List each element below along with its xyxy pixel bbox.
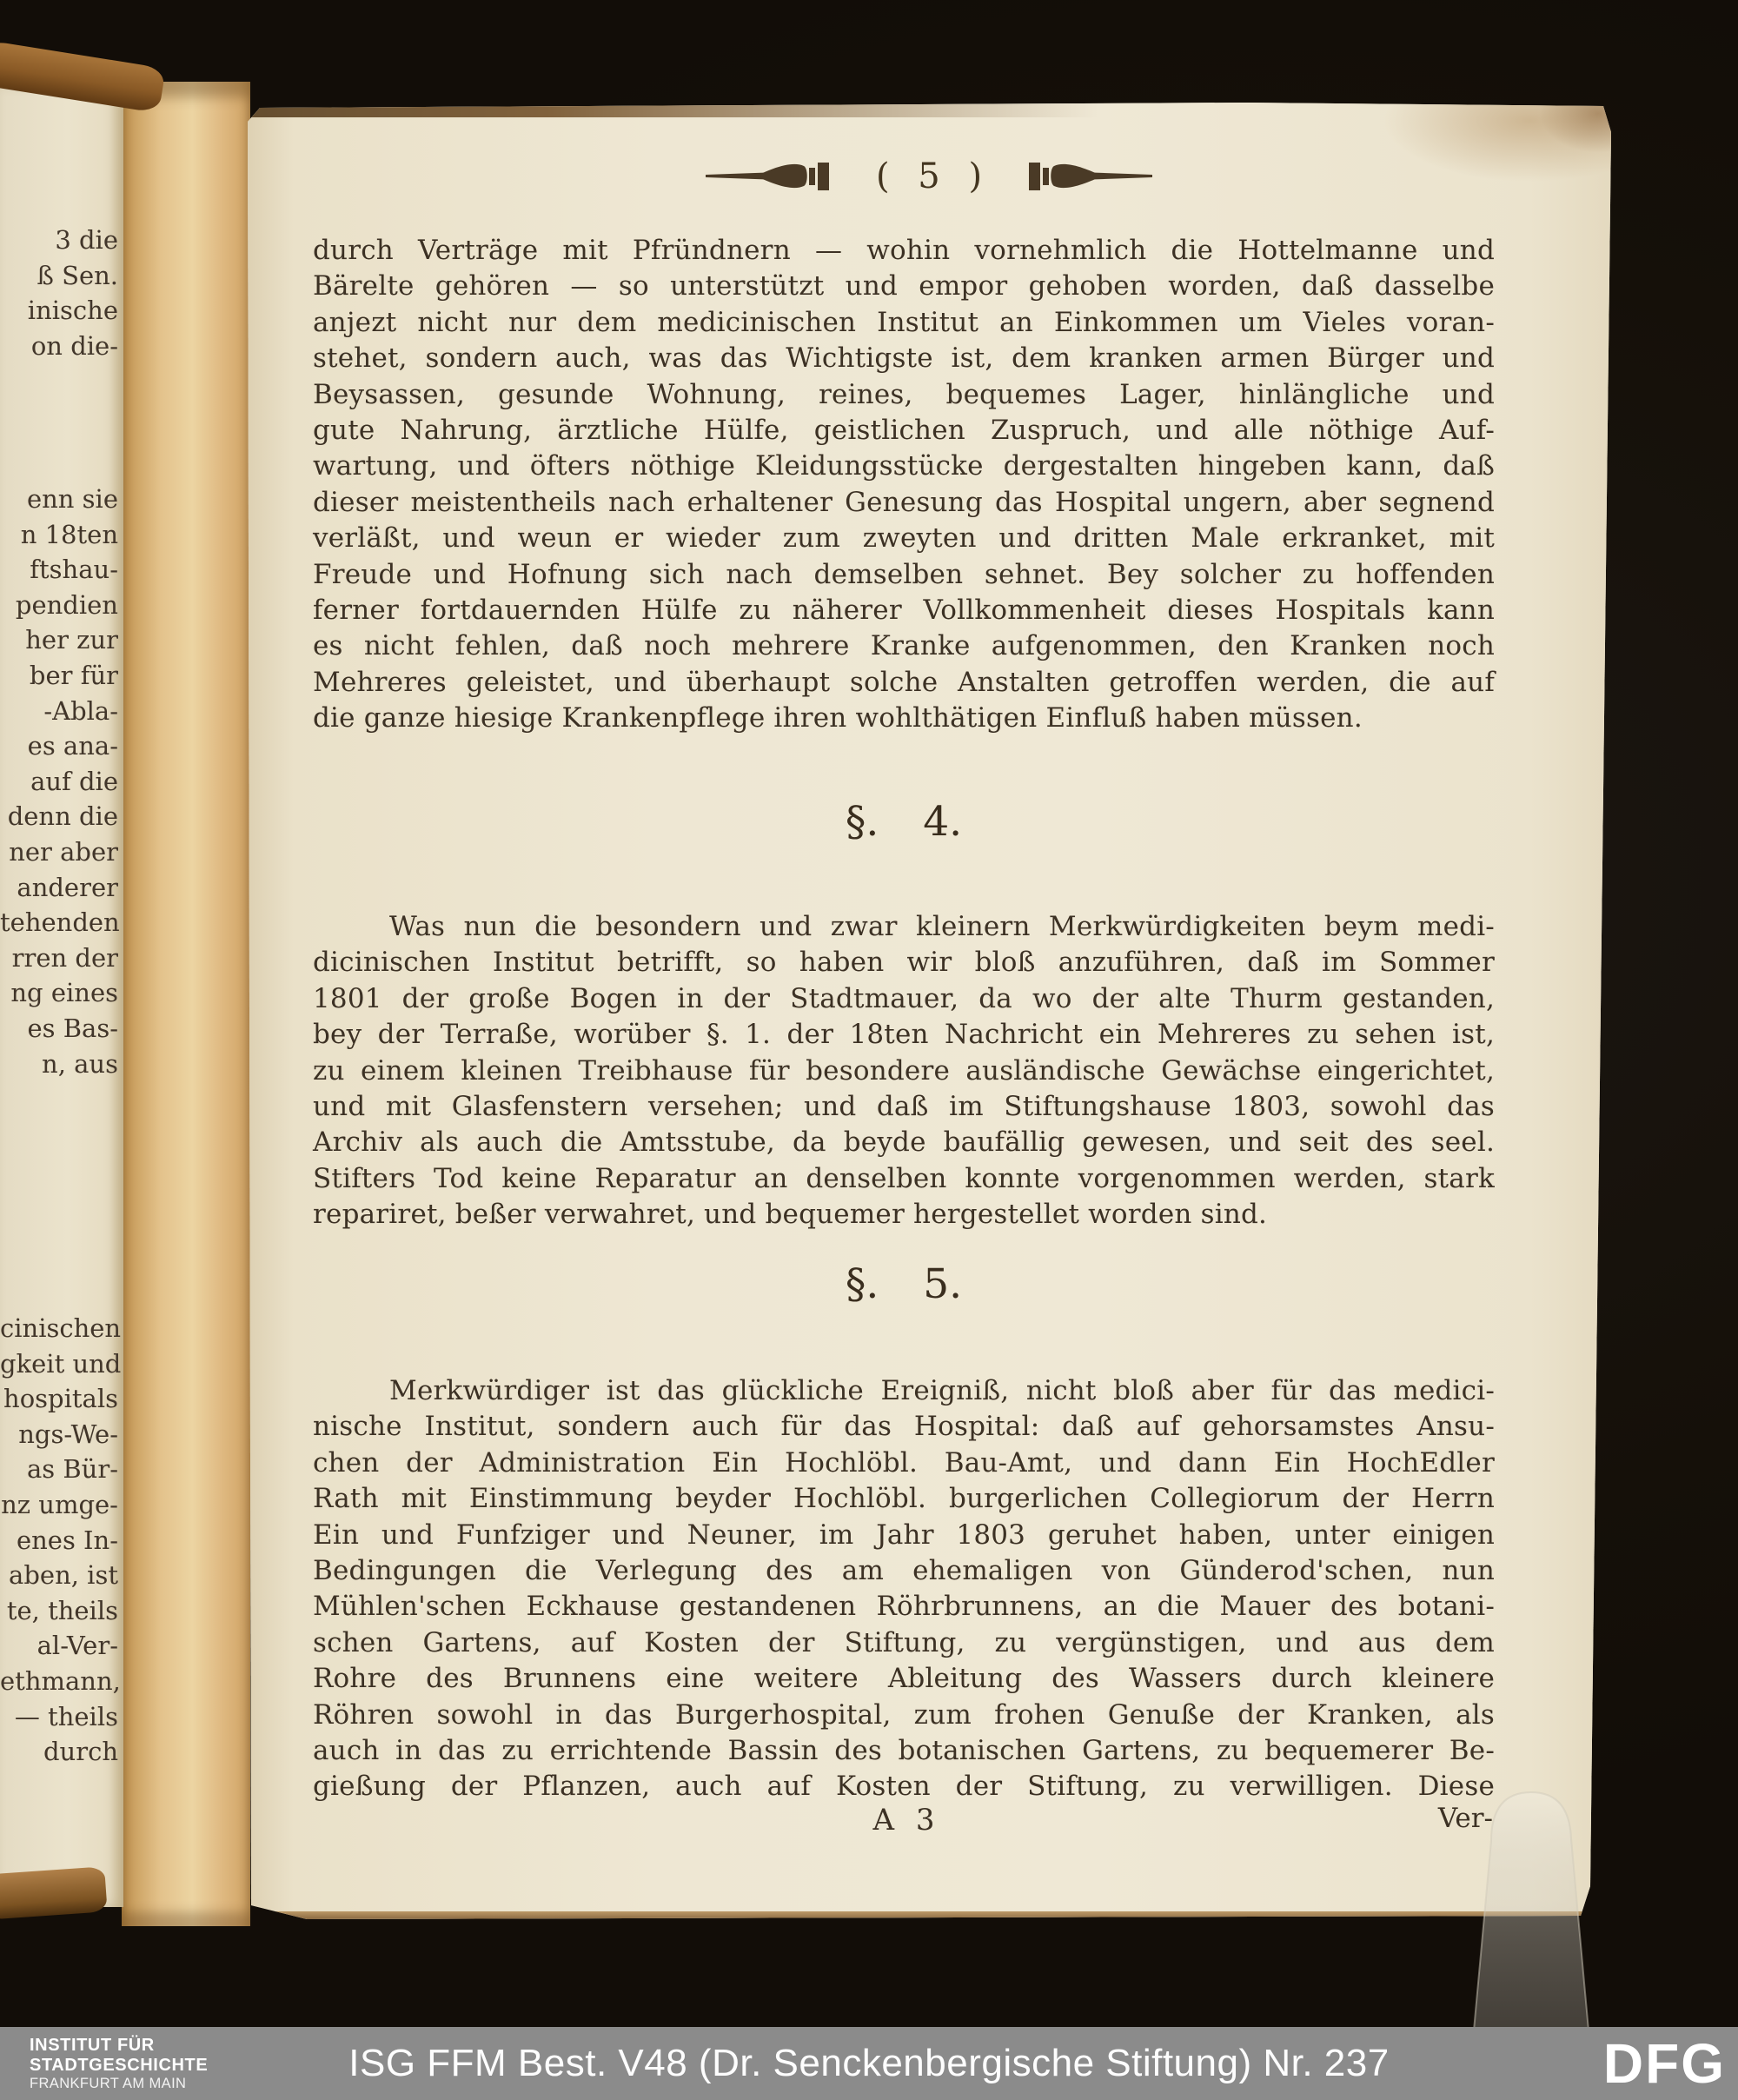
text-line: Rohre des Brunnens eine weitere Ableitun…: [313, 1661, 1495, 1697]
text-line: zu einem kleinen Treibhause für besonder…: [313, 1053, 1495, 1089]
fragment-line: her zur: [0, 622, 118, 658]
text-line: und mit Glasfenstern versehen; und daß i…: [313, 1089, 1495, 1125]
fragment-line: 3 die: [0, 223, 118, 258]
text-line: schen Gartens, auf Kosten der Stiftung, …: [313, 1625, 1495, 1661]
fragment-line: ner aber: [0, 834, 118, 870]
fragment-line: ethmann,: [0, 1664, 118, 1699]
fragment-line: n 18ten: [0, 517, 118, 553]
fragment-line: ng eines: [0, 975, 118, 1011]
fragment-line: al-Ver-: [0, 1628, 118, 1664]
signature-mark: A 3: [313, 1803, 1495, 1837]
fragment-line: auf die: [0, 764, 118, 800]
left-page-text-fragments-top: 3 die ß Sen. inische on die-: [0, 223, 118, 363]
footer-bar: INSTITUT FÜR STADTGESCHICHTE FRANKFURT A…: [0, 2027, 1738, 2100]
text-line: durch Verträge mit Pfründnern — wohin vo…: [313, 233, 1495, 269]
fragment-line: ngs-We-: [0, 1417, 118, 1452]
section-4-heading: §. 4.: [313, 798, 1495, 846]
plastic-page-holder: [1463, 1785, 1599, 2030]
page-number: ( 5 ): [862, 156, 996, 196]
fragment-line: inische: [0, 293, 118, 329]
fragment-line: on die-: [0, 329, 118, 364]
left-page-sliver: 3 die ß Sen. inische on die- enn sie n 1…: [0, 83, 123, 1907]
leather-cover-edge-bottom: [0, 1866, 108, 1920]
book-gutter: [122, 82, 250, 1926]
text-line: dicinischen Institut betrifft, so haben …: [313, 945, 1495, 980]
running-head: ( 5 ): [246, 156, 1612, 196]
text-line: auch in das zu errichtende Bassin des bo…: [313, 1733, 1495, 1769]
text-line: Bedingungen die Verlegung des am ehemali…: [313, 1553, 1495, 1589]
fragment-line: enes In-: [0, 1523, 118, 1558]
text-line: stehet, sondern auch, was das Wichtigste…: [313, 341, 1495, 376]
text-line: 1801 der große Bogen in der Stadtmauer, …: [313, 981, 1495, 1017]
text-line: Archiv als auch die Amtsstube, da beyde …: [313, 1125, 1495, 1160]
fragment-line: nz umge-: [0, 1487, 118, 1523]
fragment-line: tehenden: [0, 905, 118, 940]
fragment-line: hospitals: [0, 1381, 118, 1417]
text-line: anjezt nicht nur dem medicinischen Insti…: [313, 305, 1495, 341]
text-line: nische Institut, sondern auch für das Ho…: [313, 1409, 1495, 1445]
fragment-line: ber für: [0, 658, 118, 694]
fragment-line: rren der: [0, 940, 118, 976]
fleuron-left-icon: [706, 157, 853, 196]
text-line: Merkwürdiger ist das glückliche Ereigniß…: [313, 1373, 1495, 1409]
text-line: Röhren sowohl in das Burgerhospital, zum…: [313, 1698, 1495, 1733]
text-line: Freude und Hofnung sich nach demselben s…: [313, 557, 1495, 593]
text-line: Beysassen, gesunde Wohnung, reines, bequ…: [313, 377, 1495, 413]
paragraph-continuation: durch Verträge mit Pfründnern — wohin vo…: [313, 233, 1495, 737]
fragment-line: ftshau-: [0, 552, 118, 588]
fragment-line: n, aus: [0, 1047, 118, 1082]
section-5-paragraph: Merkwürdiger ist das glückliche Ereigniß…: [313, 1373, 1495, 1805]
fragment-line: -Abla-: [0, 694, 118, 729]
text-line: chen der Administration Ein Hochlöbl. Ba…: [313, 1445, 1495, 1481]
fragment-line: gkeit und: [0, 1346, 118, 1382]
fragment-line: denn die: [0, 799, 118, 834]
fragment-line: as Bür-: [0, 1452, 118, 1487]
fragment-line: ß Sen.: [0, 258, 118, 294]
text-line: wartung, und öfters nöthige Kleidungsstü…: [313, 449, 1495, 484]
text-line: Was nun die besondern und zwar kleinern …: [313, 909, 1495, 945]
text-line: gießung der Pflanzen, auch auf Kosten de…: [313, 1769, 1495, 1804]
fragment-line: cinischen: [0, 1311, 118, 1346]
fragment-line: te, theils: [0, 1593, 118, 1629]
fragment-line: es Bas-: [0, 1011, 118, 1047]
text-line: gute Nahrung, ärztliche Hülfe, geistlich…: [313, 413, 1495, 449]
text-line: Mehreres geleistet, und überhaupt solche…: [313, 665, 1495, 701]
fragment-line: aben, ist: [0, 1558, 118, 1593]
text-line: repariret, beßer verwahret, und bequemer…: [313, 1197, 1495, 1233]
text-line: Mühlen'schen Eckhause gestandenen Röhrbr…: [313, 1589, 1495, 1625]
fragment-line: es ana-: [0, 728, 118, 764]
text-line: bey der Terraße, worüber §. 1. der 18ten…: [313, 1017, 1495, 1053]
fragment-line: enn sie: [0, 482, 118, 517]
dfg-logo: DFG: [1603, 2031, 1726, 2096]
fragment-line: anderer: [0, 870, 118, 906]
text-line: Rath mit Einstimmung beyder Hochlöbl. bu…: [313, 1481, 1495, 1517]
signature-row: A 3 Ver-: [313, 1803, 1495, 1848]
fragment-line: pendien: [0, 588, 118, 623]
section-5-heading: §. 5.: [313, 1260, 1495, 1308]
text-line: die ganze hiesige Krankenpflege ihren wo…: [313, 701, 1495, 736]
left-page-text-fragments-bottom: cinischen gkeit und hospitals ngs-We- as…: [0, 1311, 118, 1770]
text-line: Stifters Tod keine Reparatur an denselbe…: [313, 1161, 1495, 1197]
main-page: ( 5 ) durch Verträge mit Pfründnern — wo…: [246, 103, 1612, 1921]
book-scan-stage: 3 die ß Sen. inische on die- enn sie n 1…: [0, 0, 1738, 2100]
section-4-paragraph: Was nun die besondern und zwar kleinern …: [313, 909, 1495, 1233]
left-page-text-fragments-middle: enn sie n 18ten ftshau- pendien her zur …: [0, 482, 118, 1081]
fleuron-right-icon: [1005, 157, 1152, 196]
text-line: es nicht fehlen, daß noch mehrere Kranke…: [313, 628, 1495, 664]
fragment-line: durch: [0, 1734, 118, 1770]
text-line: dieser meistentheils nach erhaltener Gen…: [313, 485, 1495, 521]
text-line: Ein und Funfziger und Neuner, im Jahr 18…: [313, 1518, 1495, 1553]
fragment-line: — theils: [0, 1699, 118, 1735]
text-line: verläßt, und weun er wieder zum zweyten …: [313, 521, 1495, 556]
archive-caption: ISG FFM Best. V48 (Dr. Senckenbergische …: [0, 2027, 1738, 2100]
text-line: Bärelte gehören — so unterstützt und emp…: [313, 269, 1495, 304]
text-line: ferner fortdauernden Hülfe zu näherer Vo…: [313, 593, 1495, 628]
